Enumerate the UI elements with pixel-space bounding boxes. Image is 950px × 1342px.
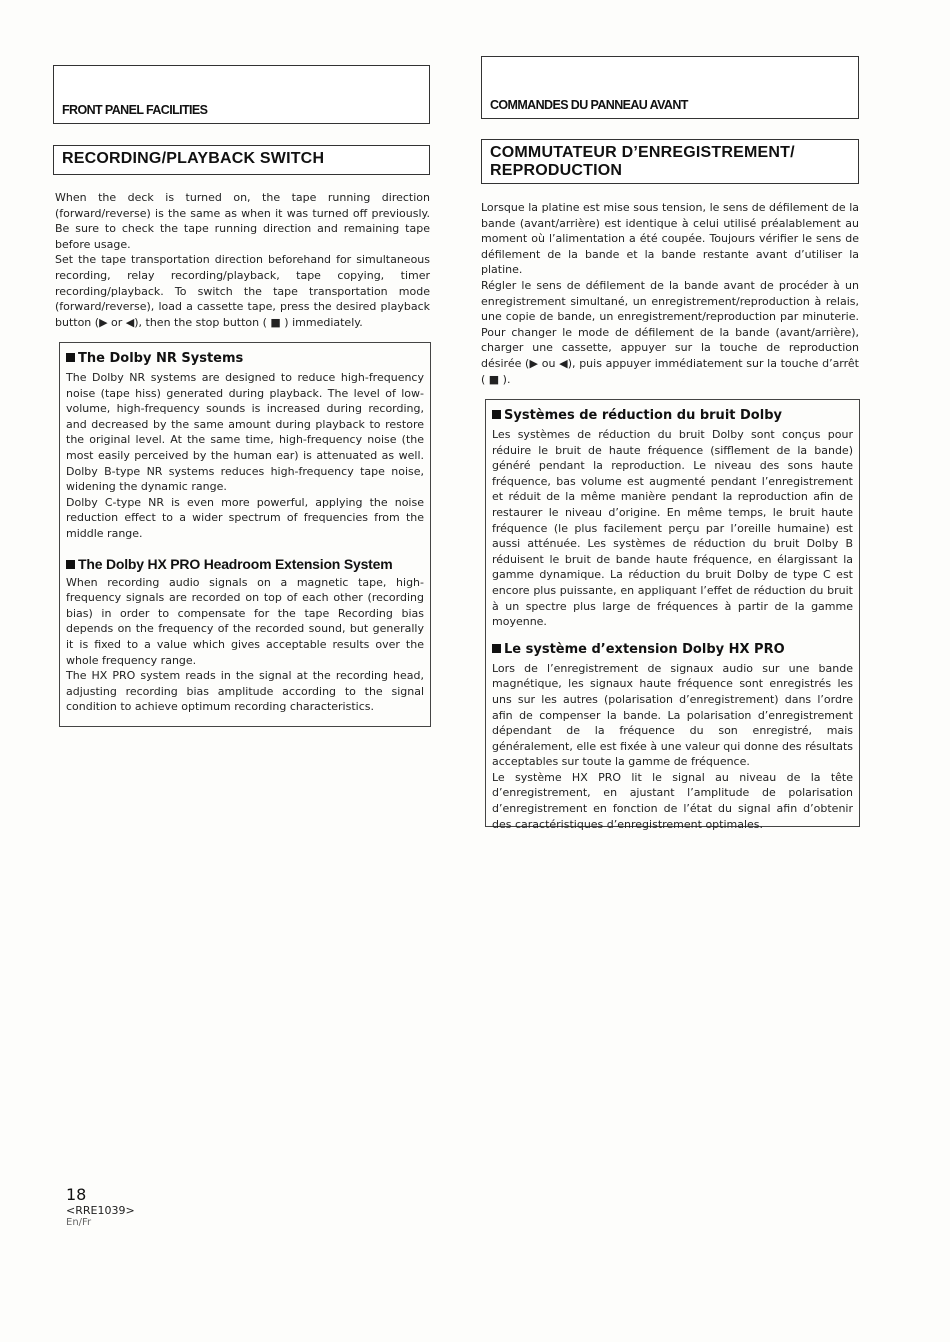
paragraph: Set the tape transportation direction be… xyxy=(55,252,430,330)
section-header-box-fr: COMMANDES DU PANNEAU AVANT xyxy=(481,56,859,119)
intro-text-fr: Lorsque la platine est mise sous tension… xyxy=(481,200,859,387)
dolby-box-fr: Systèmes de réduction du bruit Dolby Les… xyxy=(485,399,860,827)
page-number: 18 xyxy=(66,1185,135,1204)
paragraph: The HX PRO system reads in the signal at… xyxy=(66,668,424,715)
section-title-box-en: RECORDING/PLAYBACK SWITCH xyxy=(53,145,430,175)
paragraph: When recording audio signals on a magnet… xyxy=(66,575,424,669)
section-title-fr-line1: COMMUTATEUR D’ENREGISTREMENT/ xyxy=(490,144,850,162)
paragraph: Lors de l’enregistrement de signaux audi… xyxy=(492,661,853,770)
square-bullet-icon xyxy=(66,353,75,362)
dolby-box-en: The Dolby NR Systems The Dolby NR system… xyxy=(59,342,431,727)
paragraph: Le système HX PRO lit le signal au nivea… xyxy=(492,770,853,832)
page-footer: 18 <RRE1039> En/Fr xyxy=(66,1185,135,1228)
subsection-title: The Dolby HX PRO Headroom Extension Syst… xyxy=(66,556,424,572)
paragraph: Lorsque la platine est mise sous tension… xyxy=(481,200,859,278)
paragraph: Dolby C-type NR is even more powerful, a… xyxy=(66,495,424,542)
section-header-fr: COMMANDES DU PANNEAU AVANT xyxy=(490,98,688,112)
section-title-fr-line2: REPRODUCTION xyxy=(490,162,850,180)
intro-text-en: When the deck is turned on, the tape run… xyxy=(55,190,430,330)
paragraph: The Dolby NR systems are designed to red… xyxy=(66,370,424,495)
paragraph: Les systèmes de réduction du bruit Dolby… xyxy=(492,427,853,630)
square-bullet-icon xyxy=(492,410,501,419)
language-code: En/Fr xyxy=(66,1217,135,1228)
subsection-title: Le système d’extension Dolby HX PRO xyxy=(492,642,853,658)
section-title-en: RECORDING/PLAYBACK SWITCH xyxy=(62,150,421,168)
section-header-en: FRONT PANEL FACILITIES xyxy=(62,103,207,117)
paragraph: Régler le sens de défilement de la bande… xyxy=(481,278,859,387)
section-title-box-fr: COMMUTATEUR D’ENREGISTREMENT/ REPRODUCTI… xyxy=(481,139,859,184)
subsection-title: The Dolby NR Systems xyxy=(66,351,424,367)
subsection-title: Systèmes de réduction du bruit Dolby xyxy=(492,408,853,424)
square-bullet-icon xyxy=(492,644,501,653)
paragraph: When the deck is turned on, the tape run… xyxy=(55,190,430,252)
section-header-box-en: FRONT PANEL FACILITIES xyxy=(53,65,430,124)
document-code: <RRE1039> xyxy=(66,1204,135,1217)
square-bullet-icon xyxy=(66,560,75,569)
